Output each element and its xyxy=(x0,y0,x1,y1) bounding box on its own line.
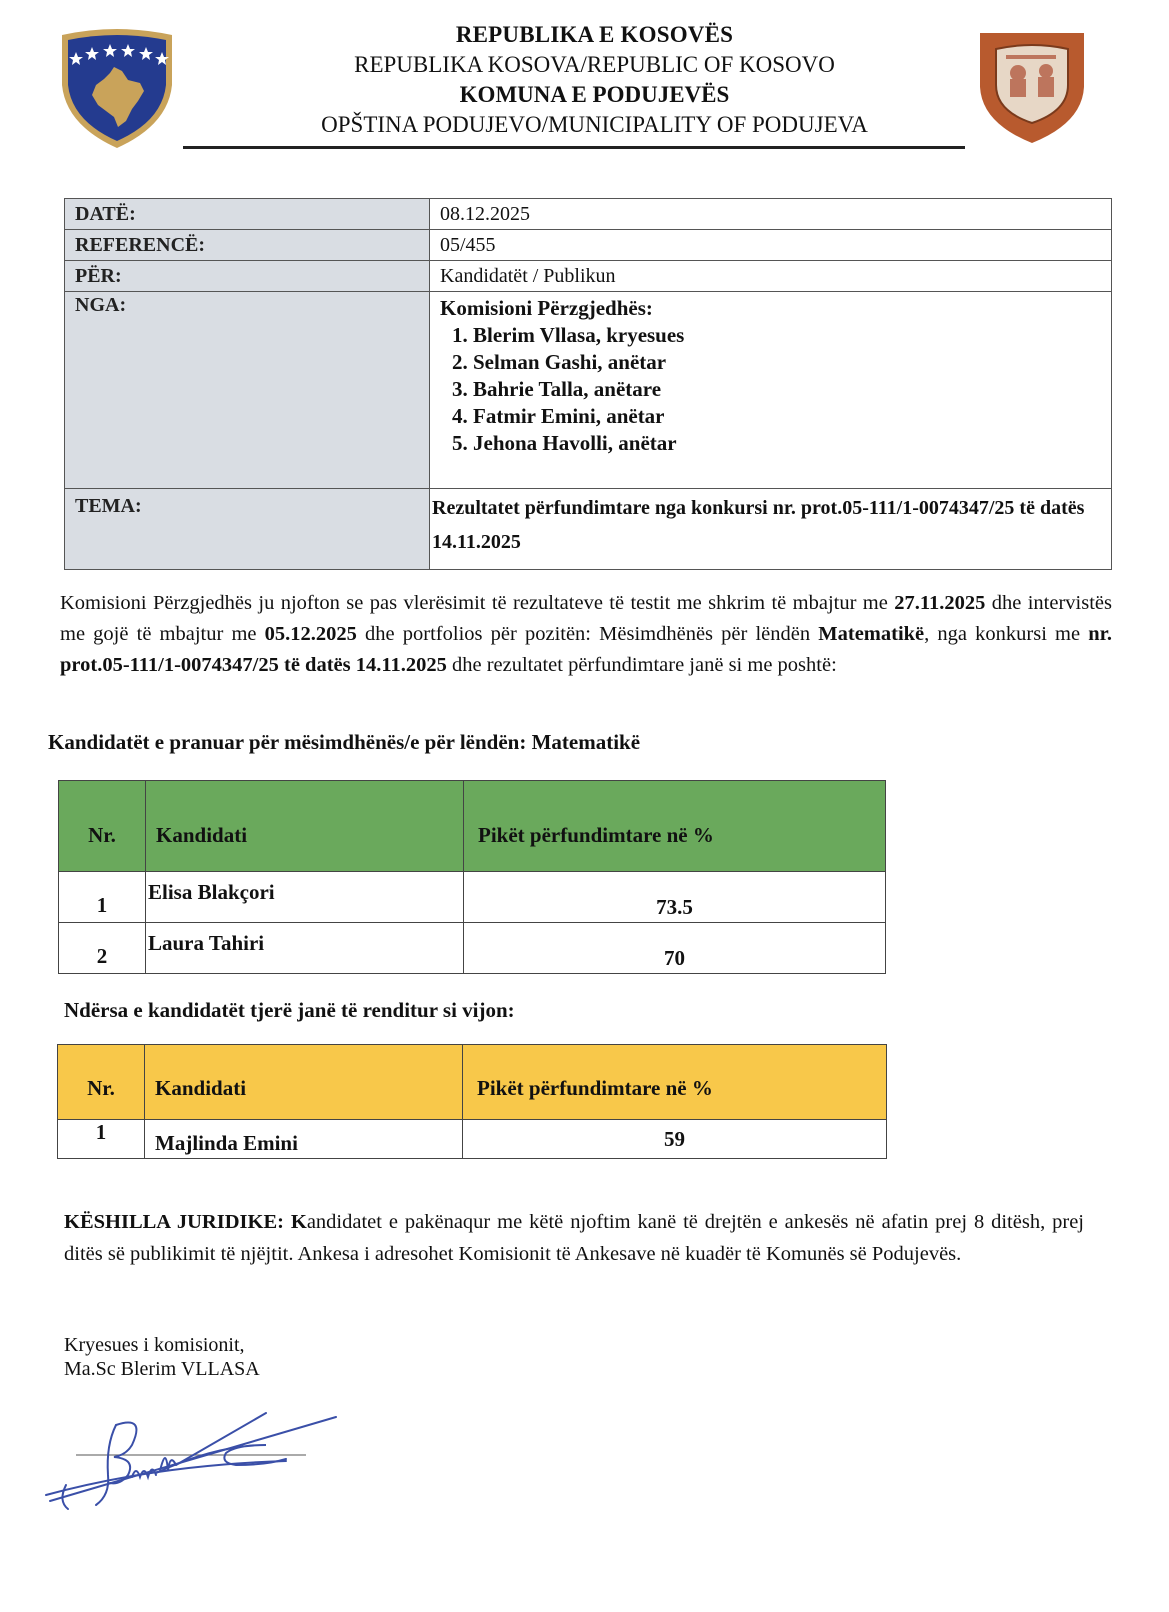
written-test-date: 27.11.2025 xyxy=(894,592,985,614)
table-row: 2 Laura Tahiri 70 xyxy=(59,923,886,974)
header-title-4: OPŠTINA PODUJEVO/MUNICIPALITY OF PODUJEV… xyxy=(10,112,1169,138)
handwritten-signature-icon xyxy=(36,1405,356,1525)
interview-date: 05.12.2025 xyxy=(265,623,357,645)
header-title-1: REPUBLIKA E KOSOVËS xyxy=(10,22,1169,48)
table-header-row: Nr. Kandidati Pikët përfundimtare në % xyxy=(59,781,886,872)
column-header-candidate: Kandidati xyxy=(146,781,464,872)
legal-advice-label: KËSHILLA JURIDIKE: K xyxy=(64,1211,307,1233)
column-header-points: Pikët përfundimtare në % xyxy=(464,781,886,872)
header-title-3: KOMUNA E PODUJEVËS xyxy=(10,82,1169,108)
reference-value: 05/455 xyxy=(430,230,1112,261)
candidate-points: 59 xyxy=(463,1120,887,1159)
committee-member: 4. Fatmir Emini, anëtar xyxy=(452,403,1101,430)
committee-members: 1. Blerim Vllasa, kryesues 2. Selman Gas… xyxy=(440,322,1101,457)
intro-text: Komisioni Përzgjedhës ju njofton se pas … xyxy=(60,592,894,614)
table-row: 1 Majlinda Emini 59 xyxy=(58,1120,887,1159)
column-header-points: Pikët përfundimtare në % xyxy=(463,1045,887,1120)
info-row-from: NGA: Komisioni Përzgjedhës: 1. Blerim Vl… xyxy=(65,292,1112,489)
info-row-reference: REFERENCË: 05/455 xyxy=(65,230,1112,261)
reference-label: REFERENCË: xyxy=(65,230,430,261)
to-value: Kandidatët / Publikun xyxy=(430,261,1112,292)
info-row-to: PËR: Kandidatët / Publikun xyxy=(65,261,1112,292)
candidate-points: 73.5 xyxy=(464,872,886,923)
legal-advice: KËSHILLA JURIDIKE: Kandidatet e pakënaqu… xyxy=(64,1206,1084,1270)
date-label: DATË: xyxy=(65,199,430,230)
column-header-nr: Nr. xyxy=(59,781,146,872)
table-row: 1 Elisa Blakçori 73.5 xyxy=(59,872,886,923)
intro-text: , nga konkursi me xyxy=(924,623,1088,645)
signatory-role: Kryesues i komisionit, xyxy=(64,1333,245,1357)
candidate-name: Elisa Blakçori xyxy=(146,872,464,923)
column-header-nr: Nr. xyxy=(58,1045,145,1120)
header-divider xyxy=(183,146,965,149)
committee-member: 2. Selman Gashi, anëtar xyxy=(452,349,1101,376)
info-row-subject: TEMA: Rezultatet përfundimtare nga konku… xyxy=(65,489,1112,570)
from-label: NGA: xyxy=(65,292,430,489)
info-row-date: DATË: 08.12.2025 xyxy=(65,199,1112,230)
intro-text: dhe portfolios për pozitën: Mësimdhënës … xyxy=(357,623,818,645)
header-title-2: REPUBLIKA KOSOVA/REPUBLIC OF KOSOVO xyxy=(10,52,1169,78)
memo-info-table: DATË: 08.12.2025 REFERENCË: 05/455 PËR: … xyxy=(64,198,1112,570)
subject-value: Rezultatet përfundimtare nga konkursi nr… xyxy=(430,489,1112,570)
committee-member: 5. Jehona Havolli, anëtar xyxy=(452,430,1101,457)
from-value: Komisioni Përzgjedhës: 1. Blerim Vllasa,… xyxy=(430,292,1112,489)
others-section-title: Ndërsa e kandidatët tjerë janë të rendit… xyxy=(64,998,515,1023)
committee-member: 1. Blerim Vllasa, kryesues xyxy=(452,322,1101,349)
column-header-candidate: Kandidati xyxy=(145,1045,463,1120)
row-number: 2 xyxy=(59,923,146,974)
candidate-points: 70 xyxy=(464,923,886,974)
intro-text: dhe rezultatet përfundimtare janë si me … xyxy=(447,654,837,676)
committee-member: 3. Bahrie Talla, anëtare xyxy=(452,376,1101,403)
accepted-candidates-table: Nr. Kandidati Pikët përfundimtare në % 1… xyxy=(58,780,886,974)
subject-name: Matematikë xyxy=(818,623,924,645)
signatory-name: Ma.Sc Blerim VLLASA xyxy=(64,1357,260,1381)
date-value: 08.12.2025 xyxy=(430,199,1112,230)
subject-label: TEMA: xyxy=(65,489,430,570)
other-candidates-table: Nr. Kandidati Pikët përfundimtare në % 1… xyxy=(57,1044,887,1159)
row-number: 1 xyxy=(58,1120,145,1159)
candidate-name: Majlinda Emini xyxy=(145,1120,463,1159)
committee-title: Komisioni Përzgjedhës: xyxy=(440,294,1101,322)
table-header-row: Nr. Kandidati Pikët përfundimtare në % xyxy=(58,1045,887,1120)
candidate-name: Laura Tahiri xyxy=(146,923,464,974)
row-number: 1 xyxy=(59,872,146,923)
to-label: PËR: xyxy=(65,261,430,292)
accepted-section-title: Kandidatët e pranuar për mësimdhënës/e p… xyxy=(48,730,640,755)
intro-paragraph: Komisioni Përzgjedhës ju njofton se pas … xyxy=(60,588,1112,681)
